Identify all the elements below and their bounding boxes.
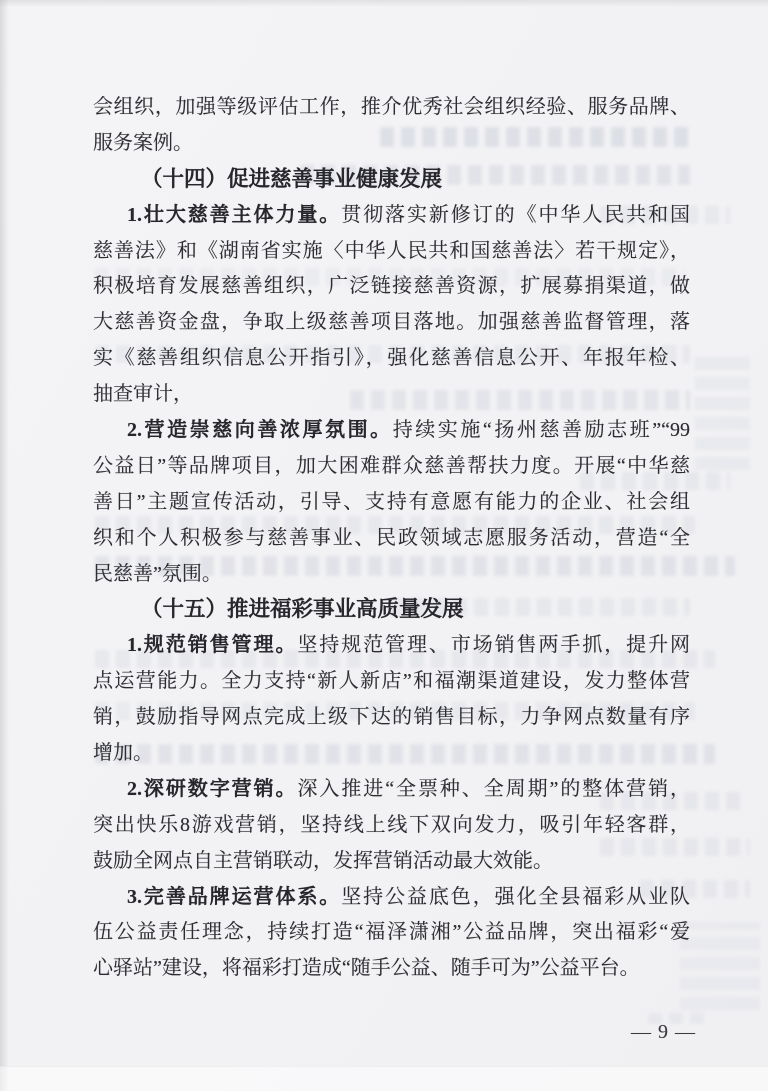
scan-edge-top <box>0 0 768 7</box>
bleed-through-artifact <box>680 922 760 1010</box>
paragraph-lead: 2.营造崇慈向善浓厚氛围。 <box>127 419 393 441</box>
paragraph-lead: 2.深研数字营销。 <box>127 778 297 800</box>
paragraph-lead: 3.完善品牌运营体系。 <box>127 886 341 908</box>
text-line-9: 抽查审计， <box>93 377 690 413</box>
section-heading: （十四）促进慈善事业健康发展 <box>93 162 690 198</box>
text-line-2: 服务案例。 <box>93 126 690 162</box>
text-line-13: 织和个人积极参与慈善事业、民政领域志愿服务活动，营造“全 <box>93 521 690 557</box>
text-line-24: 伍公益责任理念，持续打造“福泽潇湘”公益品牌，突出福彩“爱 <box>93 915 690 951</box>
text-line-14: 民慈善”氛围。 <box>93 557 690 593</box>
text-line-23: 3.完善品牌运营体系。坚持公益底色，强化全县福彩从业队 <box>93 880 690 916</box>
bleed-through-artifact <box>695 352 750 470</box>
text-line-22: 鼓励全网点自主营销联动，发挥营销活动最大效能。 <box>93 844 690 880</box>
text-line-1: 会组织，加强等级评估工作，推介优秀社会组织经验、服务品牌、 <box>93 90 690 126</box>
text-line-25: 心驿站”建设，将福彩打造成“随手公益、随手可为”公益平台。 <box>93 951 690 987</box>
text-line-8: 实《慈善组织信息公开指引》，强化慈善信息公开、年报年检、 <box>93 341 690 377</box>
text-line-5: 慈善法》和《湖南省实施〈中华人民共和国慈善法〉若干规定》， <box>93 234 690 270</box>
text-line-21: 突出快乐8游戏营销，坚持线上线下双向发力，吸引年轻客群， <box>93 808 690 844</box>
text-line-20: 2.深研数字营销。深入推进“全票种、全周期”的整体营销， <box>93 772 690 808</box>
section-heading: （十五）推进福彩事业高质量发展 <box>93 592 690 628</box>
text-line-4: 1.壮大慈善主体力量。贯彻落实新修订的《中华人民共和国 <box>93 198 690 234</box>
paragraph-lead: 1.规范销售管理。 <box>127 634 297 656</box>
text-line-18: 销，鼓励指导网点完成上级下达的销售目标，力争网点数量有序 <box>93 700 690 736</box>
paragraph-lead: 1.壮大慈善主体力量。 <box>127 204 341 226</box>
text-line-10: 2.营造崇慈向善浓厚氛围。持续实施“扬州慈善励志班”“99 <box>93 413 690 449</box>
text-line-19: 增加。 <box>93 736 690 772</box>
scan-edge-left <box>0 0 9 1091</box>
text-line-16: 1.规范销售管理。坚持规范管理、市场销售两手抓，提升网 <box>93 628 690 664</box>
page-number: — 9 — <box>631 1021 701 1044</box>
text-line-17: 点运营能力。全力支持“新人新店”和福潮渠道建设，发力整体营 <box>93 664 690 700</box>
document-text-block: 会组织，加强等级评估工作，推介优秀社会组织经验、服务品牌、服务案例。（十四）促进… <box>93 90 690 987</box>
text-line-12: 善日”主题宣传活动，引导、支持有意愿有能力的企业、社会组 <box>93 485 690 521</box>
text-line-7: 大慈善资金盘，争取上级慈善项目落地。加强慈善监督管理，落 <box>93 305 690 341</box>
scan-bottom-band <box>0 1066 768 1091</box>
text-line-6: 积极培育发展慈善组织，广泛链接慈善资源，扩展募捐渠道，做 <box>93 269 690 305</box>
text-line-11: 公益日”等品牌项目，加大困难群众慈善帮扶力度。开展“中华慈 <box>93 449 690 485</box>
document-page: 会组织，加强等级评估工作，推介优秀社会组织经验、服务品牌、服务案例。（十四）促进… <box>0 0 768 1091</box>
